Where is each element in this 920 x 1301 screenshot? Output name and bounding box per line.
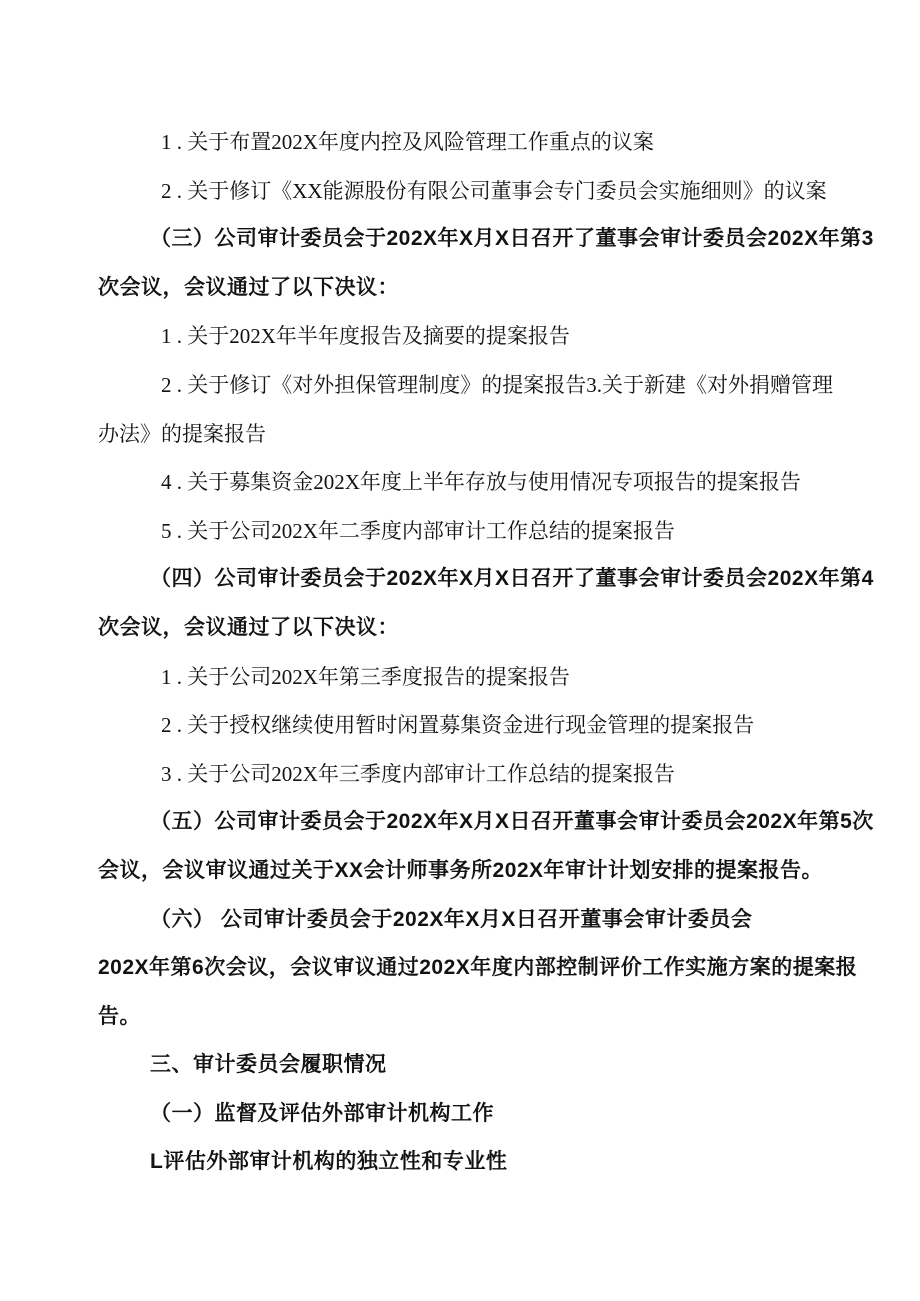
paragraph-section-4: （四）公司审计委员会于202X年X月X日召开了董事会审计委员会202X年第4 <box>98 555 832 604</box>
document-page: 1 . 关于布置202X年度内控及风险管理工作重点的议案 2 . 关于修订《XX… <box>0 0 920 1301</box>
numbered-item: 3 . 关于公司202X年三季度内部审计工作总结的提案报告 <box>98 750 832 799</box>
numbered-item: 1 . 关于布置202X年度内控及风险管理工作重点的议案 <box>98 118 832 167</box>
paragraph-section-3: （三）公司审计委员会于202X年X月X日召开了董事会审计委员会202X年第3 <box>98 215 832 264</box>
paragraph-section-4-cont: 次会议，会议通过了以下决议： <box>98 604 832 653</box>
section-heading: 三、审计委员会履职情况 <box>98 1041 832 1090</box>
numbered-item: 1 . 关于202X年半年度报告及摘要的提案报告 <box>98 312 832 361</box>
paragraph-section-6-cont: 告。 <box>98 993 832 1042</box>
paragraph-section-6-cont: 202X年第6次会议，会议审议通过202X年度内部控制评价工作实施方案的提案报 <box>98 944 832 993</box>
numbered-item: 2 . 关于修订《对外担保管理制度》的提案报告3.关于新建《对外捐赠管理 <box>98 361 832 410</box>
paragraph-section-3-cont: 次会议，会议通过了以下决议： <box>98 264 832 313</box>
numbered-item: 5 . 关于公司202X年二季度内部审计工作总结的提案报告 <box>98 507 832 556</box>
numbered-item: 2 . 关于修订《XX能源股份有限公司董事会专门委员会实施细则》的议案 <box>98 167 832 216</box>
paragraph-section-5: （五）公司审计委员会于202X年X月X日召开董事会审计委员会202X年第5次 <box>98 798 832 847</box>
numbered-item: 2 . 关于授权继续使用暂时闲置募集资金进行现金管理的提案报告 <box>98 701 832 750</box>
paragraph-section-6: （六） 公司审计委员会于202X年X月X日召开董事会审计委员会 <box>98 896 832 945</box>
paragraph-section-5-cont: 会议，会议审议通过关于XX会计师事务所202X年审计计划安排的提案报告。 <box>98 847 832 896</box>
numbered-item: 1 . 关于公司202X年第三季度报告的提案报告 <box>98 653 832 702</box>
sub-item-heading: L评估外部审计机构的独立性和专业性 <box>98 1138 832 1187</box>
numbered-item: 4 . 关于募集资金202X年度上半年存放与使用情况专项报告的提案报告 <box>98 458 832 507</box>
numbered-item-continuation: 办法》的提案报告 <box>98 410 832 459</box>
subsection-heading: （一）监督及评估外部审计机构工作 <box>98 1090 832 1139</box>
